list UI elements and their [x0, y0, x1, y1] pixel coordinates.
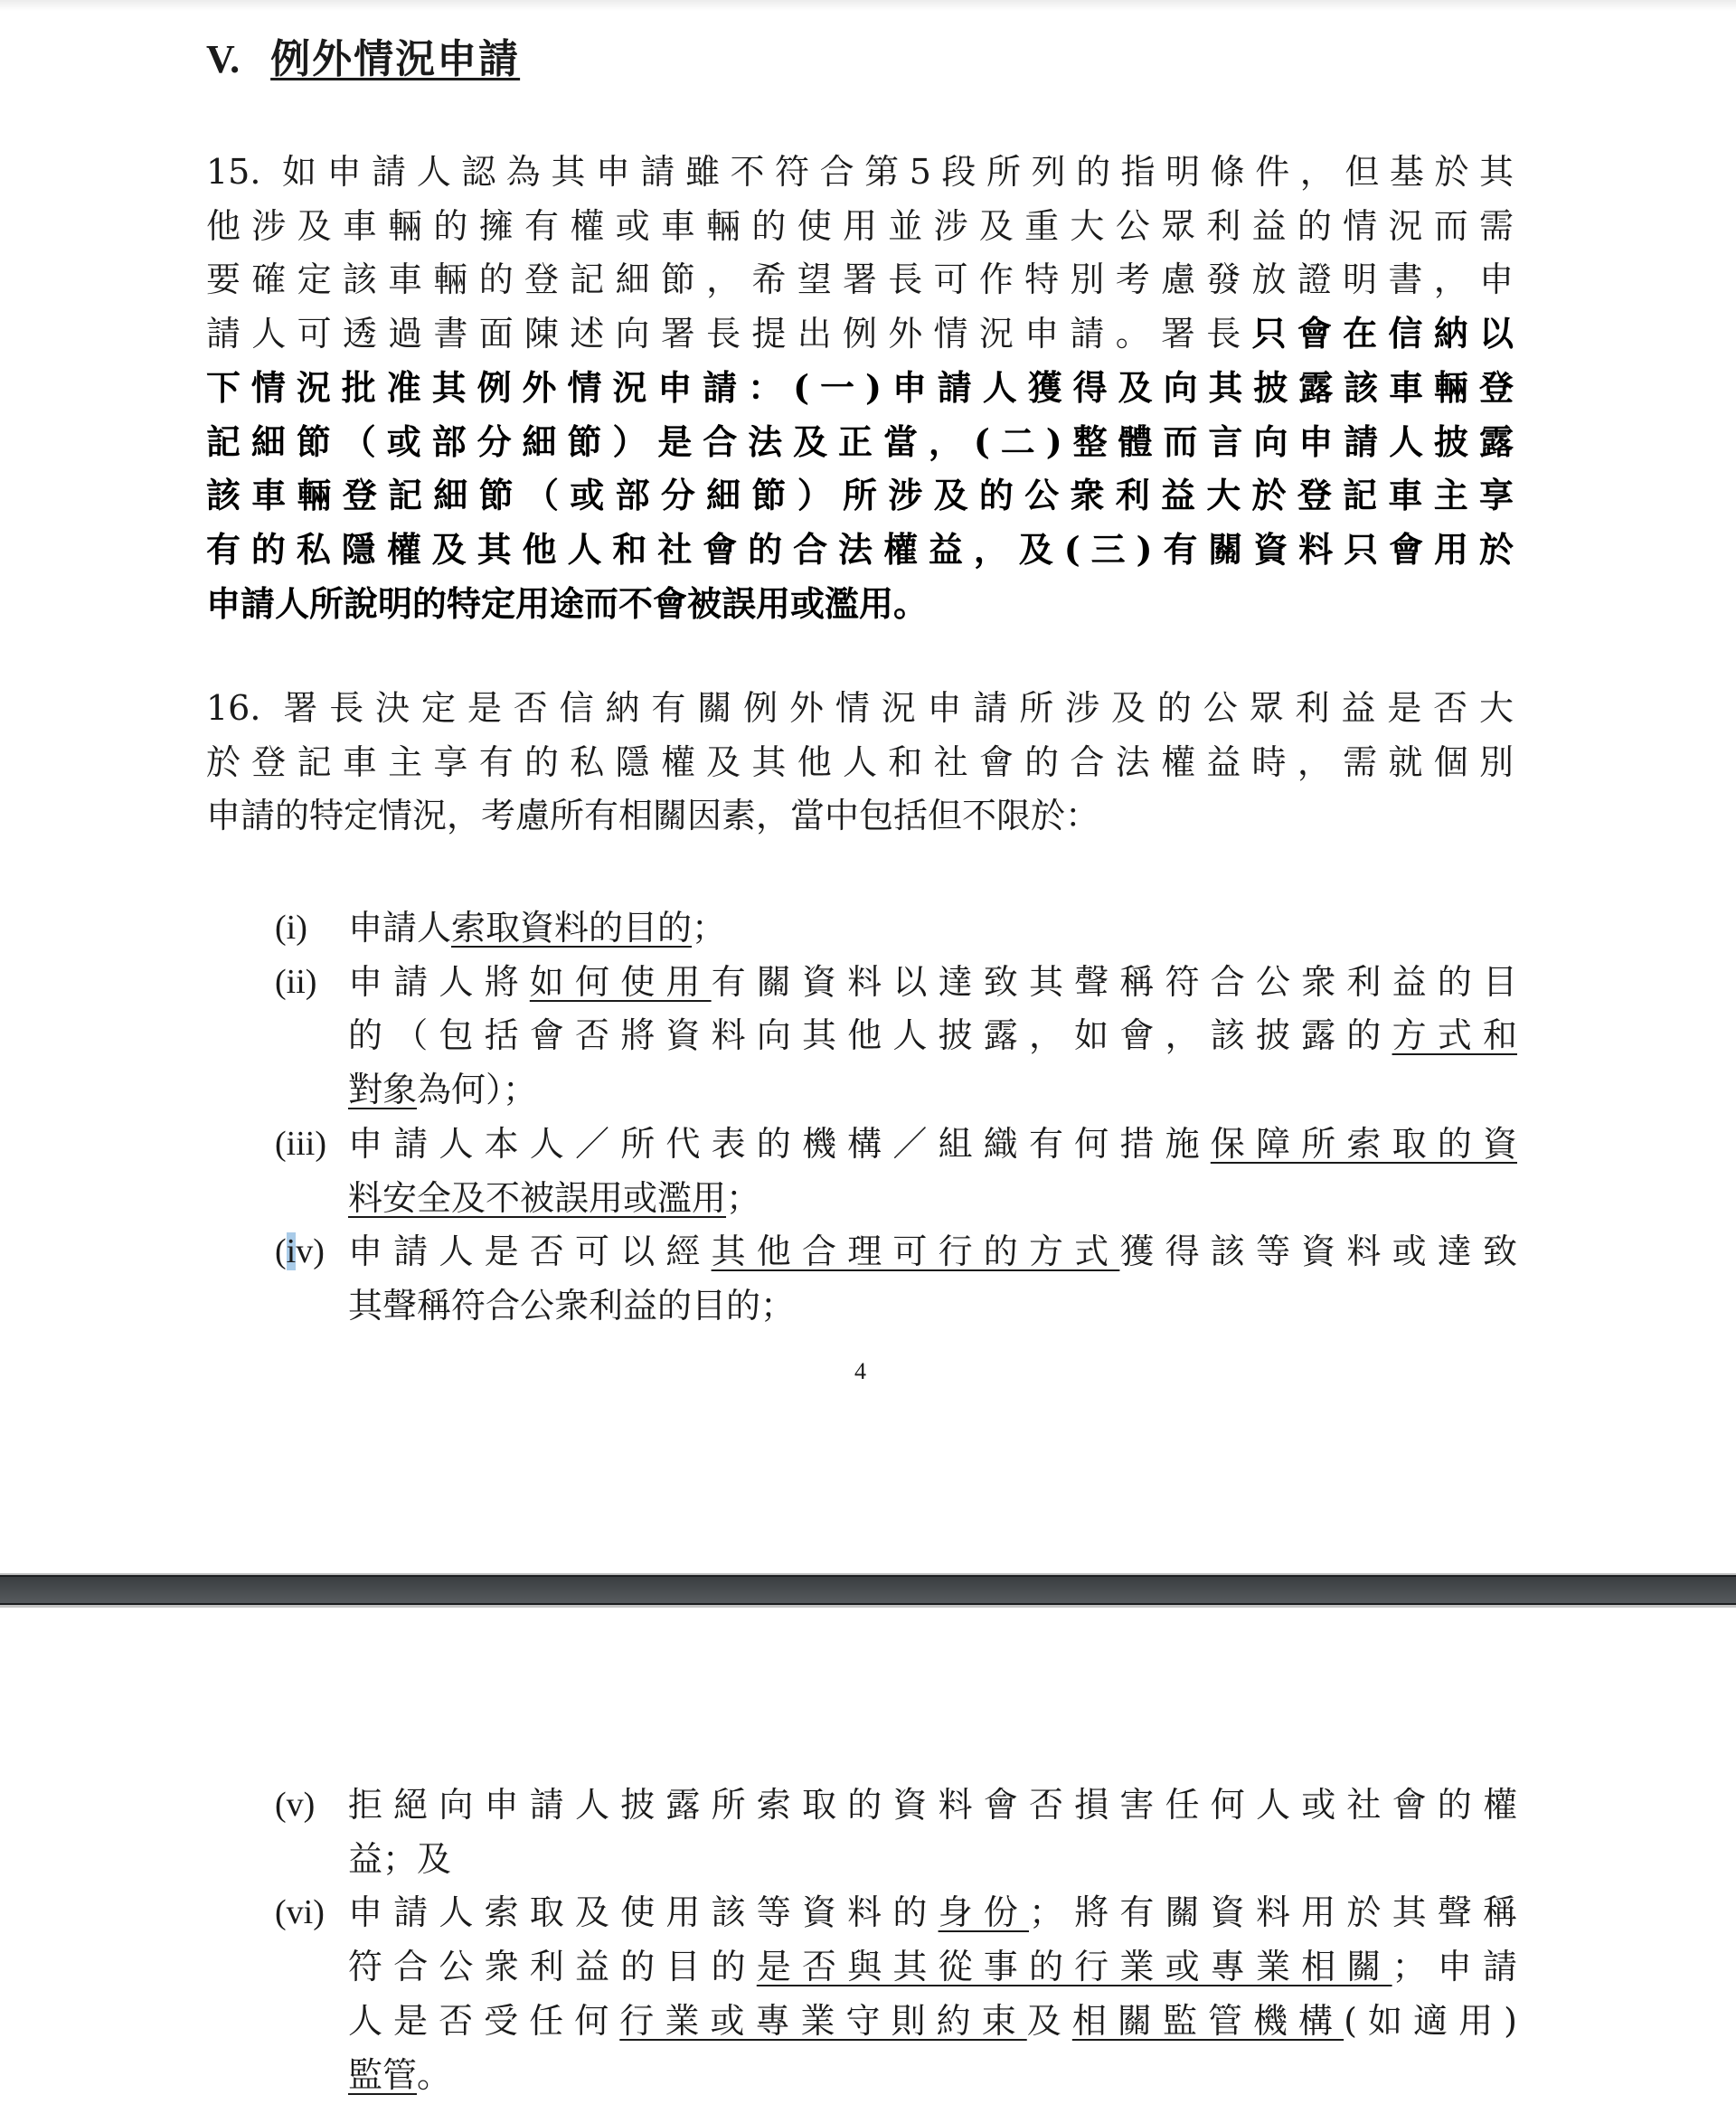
text-selection-highlight[interactable]: i	[287, 1232, 297, 1270]
text-line: 16. 署長決定是否信納有關例外情況申請所涉及的公眾利益是否大	[206, 681, 1514, 735]
text-span: ；	[726, 1178, 760, 1218]
underlined-text: 料安全及不被誤用或濫用	[348, 1178, 726, 1218]
list-item-label: (vi)	[275, 1885, 325, 1939]
text-span: 其聲稱符合公衆利益的目的；	[348, 1286, 795, 1326]
section-heading: V.例外情況申請	[206, 33, 520, 87]
text-span: 申請人將	[348, 962, 530, 1002]
text-line: 申請的特定情況，考慮所有相關因素，當中包括但不限於：	[206, 788, 1514, 843]
text-span: 他涉及車輛的擁有權或車輛的使用並涉及重大公眾利益的情況而需	[206, 206, 1514, 246]
list-item-label: (i)	[275, 901, 307, 955]
text-line: 請人可透過書面陳述向署長提出例外情況申請。署長只會在信納以	[206, 307, 1514, 361]
text-span: 符合公衆利益的目的	[348, 1947, 757, 1986]
list-item-label: (iv)	[275, 1224, 325, 1279]
page-number: 4	[854, 1354, 866, 1390]
text-line: 申請人所說明的特定用途而不會被誤用或濫用。	[206, 577, 1514, 631]
text-span: 的（包括會否將資料向其他人披露，如會，該披露的	[348, 1015, 1392, 1055]
text-span: 申請的特定情況，考慮所有相關因素，當中包括但不限於：	[206, 796, 1099, 835]
text-span: 。	[417, 2055, 451, 2095]
bold-text: 該車輛登記細節（或部分細節）所涉及的公衆利益大於登記車主享	[206, 475, 1514, 515]
text-line: 於登記車主享有的私隱權及其他人和社會的合法權益時，需就個別	[206, 735, 1514, 789]
text-line: 申請人索取資料的目的；	[348, 901, 1517, 955]
text-span: ；將有關資料用於其聲稱	[1029, 1892, 1517, 1932]
underlined-text: 索取資料的目的	[451, 908, 692, 948]
bold-text: 有的私隱權及其他人和社會的合法權益，及(三)有關資料只會用於	[206, 529, 1514, 570]
text-line: 拒絕向申請人披露所索取的資料會否損害任何人或社會的權	[348, 1778, 1517, 1832]
text-line: 下情況批准其例外情況申請：(一)申請人獲得及向其披露該車輛登	[206, 361, 1514, 415]
text-span: 及	[1027, 2001, 1072, 2041]
underlined-text: 對象	[348, 1070, 417, 1109]
text-span: 15. 如申請人認為其申請雖不符合第5段所列的指明條件，但基於其	[206, 152, 1514, 192]
document-page-5: (v)拒絕向申請人披露所索取的資料會否損害任何人或社會的權益；及(vi)申請人索…	[0, 1608, 1736, 2123]
underlined-text: 行業或專業守則約束	[619, 2001, 1026, 2041]
text-span: 要確定該車輛的登記細節，希望署長可作特別考慮發放證明書，申	[206, 259, 1514, 299]
text-line: 符合公衆利益的目的是否與其從事的行業或專業相關；申請	[348, 1939, 1517, 1994]
text-span: 益；及	[348, 1839, 451, 1879]
text-span: ；	[692, 908, 726, 948]
text-line: 人是否受任何行業或專業守則約束及相關監管機構(如適用)	[348, 1994, 1517, 2048]
underlined-text: 方式和	[1392, 1015, 1517, 1055]
text-line: 15. 如申請人認為其申請雖不符合第5段所列的指明條件，但基於其	[206, 145, 1514, 199]
text-line: 料安全及不被誤用或濫用；	[348, 1171, 1517, 1225]
underlined-text: 其他合理可行的方式	[712, 1231, 1120, 1271]
text-span: 申請人	[348, 908, 451, 948]
underlined-text: 相關監管機構	[1072, 2001, 1344, 2041]
text-line: 監管。	[348, 2048, 1517, 2102]
text-span: 於登記車主享有的私隱權及其他人和社會的合法權益時，需就個別	[206, 742, 1514, 782]
text-span: 請人可透過書面陳述向署長提出例外情況申請。署長	[206, 314, 1252, 354]
underlined-text: 身份	[939, 1892, 1029, 1932]
section-title: 例外情況申請	[270, 36, 520, 82]
text-line: 對象為何）；	[348, 1062, 1517, 1117]
text-span: 16. 署長決定是否信納有關例外情況申請所涉及的公眾利益是否大	[206, 688, 1514, 728]
text-span: 為何）；	[417, 1070, 537, 1109]
list-item-label: (v)	[275, 1778, 315, 1832]
underlined-text: 是否與其從事的行業或專業相關	[757, 1947, 1392, 1986]
underlined-text: 監管	[348, 2055, 417, 2095]
text-line: 益；及	[348, 1832, 1517, 1886]
document-page-4: V.例外情況申請 15. 如申請人認為其申請雖不符合第5段所列的指明條件，但基於…	[0, 0, 1736, 1573]
underlined-text: 如何使用	[530, 962, 712, 1002]
text-span: 人是否受任何	[348, 2001, 619, 2041]
text-line: 該車輛登記細節（或部分細節）所涉及的公衆利益大於登記車主享	[206, 468, 1514, 523]
text-line: 其聲稱符合公衆利益的目的；	[348, 1279, 1517, 1333]
text-span: 申請人本人／所代表的機構／組織有何措施	[348, 1124, 1211, 1164]
text-line: 申請人索取及使用該等資料的身份；將有關資料用於其聲稱	[348, 1885, 1517, 1939]
text-span: 申請人是否可以經	[348, 1231, 712, 1271]
text-span: 申請人索取及使用該等資料的	[348, 1892, 939, 1932]
list-item-label: (ii)	[275, 955, 316, 1009]
text-line: 要確定該車輛的登記細節，希望署長可作特別考慮發放證明書，申	[206, 252, 1514, 307]
text-span: 獲得該等資料或達致	[1119, 1231, 1517, 1271]
page-separator	[0, 1573, 1736, 1608]
bold-text: 記細節（或部分細節）是合法及正當，(二)整體而言向申請人披露	[206, 421, 1514, 462]
bold-text: 只會在信納以	[1252, 313, 1514, 354]
text-span: 拒絕向申請人披露所索取的資料會否損害任何人或社會的權	[348, 1785, 1517, 1825]
section-number: V.	[206, 37, 240, 81]
text-line: 記細節（或部分細節）是合法及正當，(二)整體而言向申請人披露	[206, 415, 1514, 469]
text-span: (如適用)	[1344, 2001, 1517, 2041]
underlined-text: 保障所索取的資	[1211, 1124, 1517, 1164]
text-line: 申請人本人／所代表的機構／組織有何措施保障所索取的資	[348, 1117, 1517, 1171]
text-line: 申請人是否可以經其他合理可行的方式獲得該等資料或達致	[348, 1224, 1517, 1279]
bold-text: 下情況批准其例外情況申請：(一)申請人獲得及向其披露該車輛登	[206, 367, 1514, 408]
bold-text: 申請人所說明的特定用途而不會被誤用或濫用。	[206, 583, 928, 624]
text-span: ；申請	[1392, 1947, 1517, 1986]
text-line: 的（包括會否將資料向其他人披露，如會，該披露的方式和	[348, 1008, 1517, 1062]
list-item-label: (iii)	[275, 1117, 326, 1171]
text-line: 他涉及車輛的擁有權或車輛的使用並涉及重大公眾利益的情況而需	[206, 199, 1514, 253]
text-span: 有關資料以達致其聲稱符合公衆利益的目	[712, 962, 1517, 1002]
text-line: 有的私隱權及其他人和社會的合法權益，及(三)有關資料只會用於	[206, 523, 1514, 577]
text-line: 申請人將如何使用有關資料以達致其聲稱符合公衆利益的目	[348, 955, 1517, 1009]
